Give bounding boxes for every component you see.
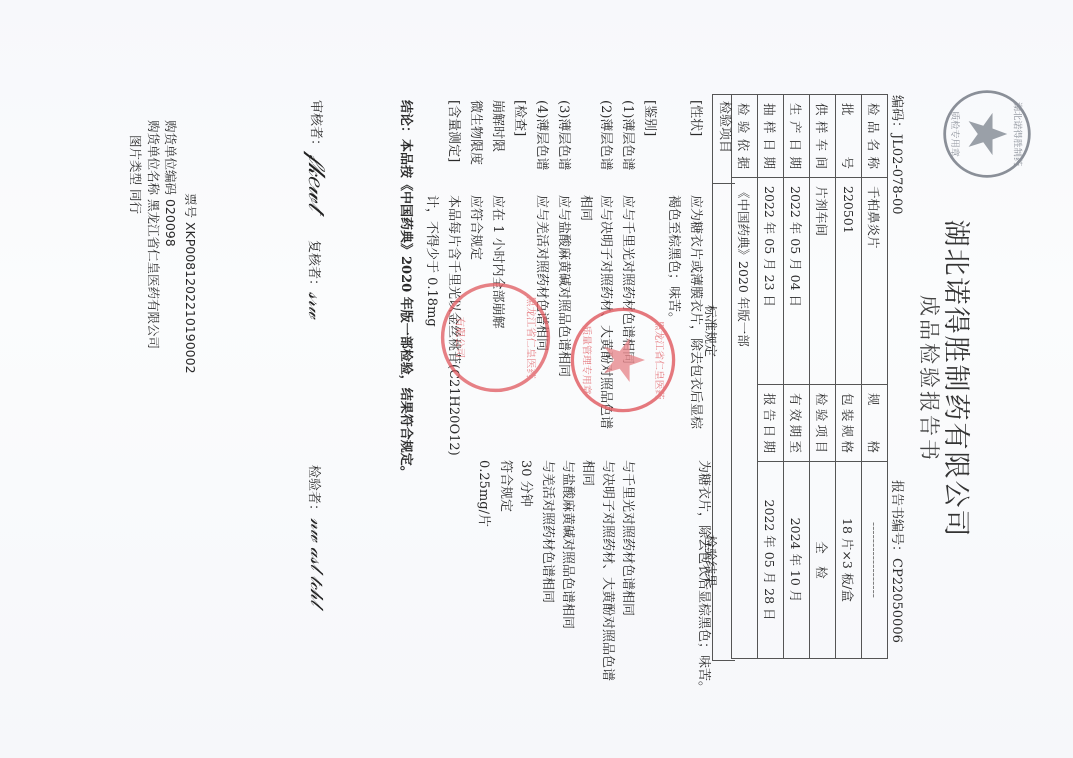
cell-label: 有效期至 <box>784 385 810 462</box>
svg-text:湖北诺得胜制药: 湖北诺得胜制药 <box>1012 102 1024 166</box>
cell-label: 规 格 <box>862 385 888 462</box>
cell-value: 全 检 <box>810 462 836 659</box>
table-row: 检验依据 《中国药典》2020 年版一部 <box>732 95 758 659</box>
result-text: 相同 <box>579 460 595 486</box>
ticket-number: 票号 XKP00812022101900​02 <box>182 193 198 374</box>
table-row: 供样车间 片剂车间 检验项目 全 检 <box>810 95 836 659</box>
cell-value: 2022 年 05 月 04 日 <box>784 178 810 385</box>
standard-text: 应与盐酸麻黄碱对照品色谱相同 <box>555 195 571 377</box>
cell-value: ------------------ <box>862 462 888 659</box>
cell-label: 抽样日期 <box>758 95 784 178</box>
reviewer-signature: 𝒻𝓀𝑒𝓌𝓉 <box>303 152 331 210</box>
info-table: 检品名称 千柏鼻炎片 规 格 ------------------ 批 号 22… <box>731 94 888 659</box>
table-row: 生产日期 2022 年 05 月 04 日 有效期至 2024 年 10 月 <box>784 95 810 659</box>
standard-text: 本品每片含千里光以金丝桃苷(C21H20O12) <box>445 195 461 456</box>
header-standard: 标准规定 <box>701 305 717 357</box>
cell-label: 检验依据 <box>732 95 758 178</box>
standard-text: 相同 <box>577 195 593 221</box>
item-label: 微生物限度 <box>467 100 483 165</box>
cell-label: 检品名称 <box>862 95 888 178</box>
cell-label: 供样车间 <box>810 95 836 178</box>
result-text: 与盐酸麻黄碱对照品色谱相同 <box>559 460 575 629</box>
checker-signature: 𝓈𝓇𝓌 <box>304 292 325 319</box>
standard-text: 计，不得少于 0.18mg <box>423 195 439 327</box>
results-header: 检验项目 标准规定 检验结果 <box>712 94 735 661</box>
inspector-signature: 𝓃𝓌 𝒶𝓈𝓁 𝓉𝒸𝒽𝓁 <box>306 518 327 605</box>
cell-label: 检验项目 <box>810 385 836 462</box>
inspection-report-page: 湖北诺得胜制药 质检专用章 湖北诺得胜制药有限公司 成品检验报告书 编码：JL0… <box>0 0 1073 758</box>
standard-text: 应与决明子对照药材、大黄酚对照品色谱 <box>597 195 613 429</box>
cell-label: 批 号 <box>836 95 862 178</box>
doc-code: 编码：JL02-078-00 <box>889 95 908 215</box>
cell-value: 2024 年 10 月 <box>784 462 810 659</box>
item-label: (3)薄层色谱 <box>555 100 571 170</box>
report-title: 成品检验报告书 <box>915 0 945 758</box>
result-text: 与千里光对照药材色谱相同 <box>619 460 635 616</box>
table-row: 批 号 220501 包装规格 18 片×3 板/盒 <box>836 95 862 659</box>
table-row: 抽样日期 2022 年 05 月 23 日 报告日期 2022 年 05 月 2… <box>758 95 784 659</box>
report-number: 报告书编号：CP22050006 <box>889 480 908 643</box>
item-label: (2)薄层色谱 <box>597 100 613 170</box>
checker-label: 复核者： <box>305 240 321 292</box>
header-item: 检验项目 <box>716 101 732 153</box>
standard-text: 应符合规定 <box>467 195 483 260</box>
standard-text: 应与羌活对照药材色谱相同 <box>533 195 549 351</box>
standard-text: 应为糖衣片或薄膜衣片，除去包衣后显棕 <box>687 195 703 429</box>
item-label: (4)薄层色谱 <box>533 100 549 170</box>
inspector-label: 检验者： <box>305 465 321 517</box>
conclusion: 结论：本品按《中国药典》2020 年版一部检验，结果符合规定。 <box>397 100 413 479</box>
section-heading: [性状] <box>687 100 703 136</box>
cell-value: 《中国药典》2020 年版一部 <box>732 178 758 659</box>
cell-value: 18 片×3 板/盒 <box>836 462 862 659</box>
section-heading: [检查] <box>511 100 527 136</box>
standard-text: 应与千里光对照药材色谱相同 <box>619 195 635 364</box>
result-text: 为糖衣片，除去包衣后显棕黑色；味苦。 <box>695 460 711 694</box>
table-row: 检品名称 千柏鼻炎片 规 格 ------------------ <box>862 95 888 659</box>
section-heading: [鉴别] <box>641 100 657 136</box>
cell-label: 报告日期 <box>758 385 784 462</box>
cell-value: 片剂车间 <box>810 178 836 385</box>
standard-text: 褐色至棕黑色；味苦。 <box>665 195 681 325</box>
cell-value: 千柏鼻炎片 <box>862 178 888 385</box>
result-text: 与羌活对照药材色谱相同 <box>539 460 555 603</box>
cell-value: 2022 年 05 月 23 日 <box>758 178 784 385</box>
image-type: 图片类型 同行 <box>127 135 143 214</box>
cell-value: 2022 年 05 月 28 日 <box>758 462 784 659</box>
cell-label: 包装规格 <box>836 385 862 462</box>
reviewer-label: 审核者： <box>307 100 323 152</box>
result-text: 30 分钟 <box>517 460 533 507</box>
result-text: 与决明子对照药材、大黄酚对照品色谱 <box>599 460 615 681</box>
result-text: 0.25mg/片 <box>475 460 491 527</box>
result-text: 符合规定 <box>497 460 513 512</box>
cell-label: 生产日期 <box>784 95 810 178</box>
cell-value: 220501 <box>836 178 862 385</box>
item-label: 崩解时限 <box>489 100 505 152</box>
results-body: [性状] 应为糖衣片或薄膜衣片，除去包衣后显棕 褐色至棕黑色；味苦。 为糖衣片，… <box>363 100 703 720</box>
section-heading: [含量测定] <box>445 100 461 162</box>
buyer-name: 购货单位名称 黑龙江省仁皇医药有限公司 <box>145 120 161 349</box>
buyer-code: 购货单位编码 020098 <box>162 120 178 247</box>
item-label: (1)薄层色谱 <box>619 100 635 170</box>
standard-text: 应在 1 小时内全部崩解 <box>489 195 505 329</box>
